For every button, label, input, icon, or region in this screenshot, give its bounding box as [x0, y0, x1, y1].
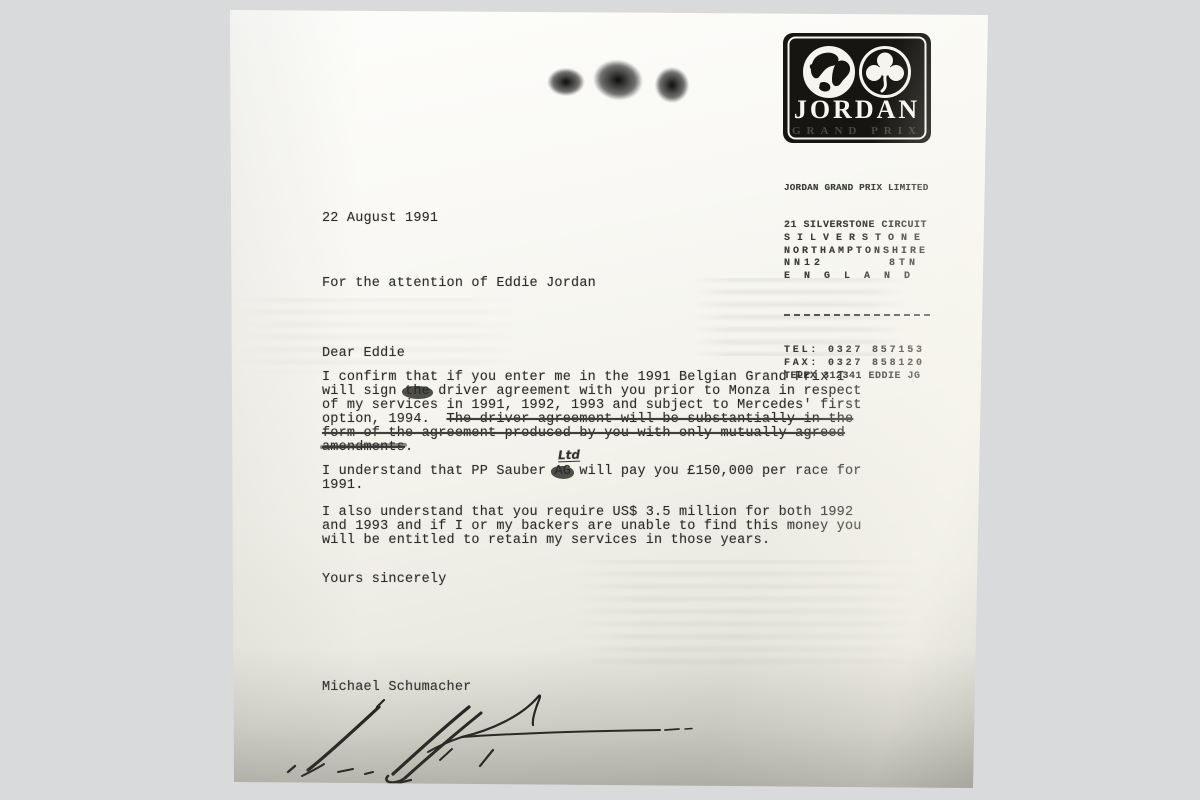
text-line: I confirm that if you enter me in the 19… [322, 371, 862, 385]
photo-of-letter: JORDAN GRAND PRIX JORDAN GRAND PRIX LIMI… [0, 0, 1200, 800]
text-line: will sign the driver agreement with you … [322, 385, 862, 399]
ink-smudge-stain [534, 52, 684, 114]
logo-tagline-text: GRAND PRIX [792, 125, 922, 137]
bleed-through-text [237, 298, 517, 374]
ink-blob [648, 60, 697, 110]
edited-text-segment: SILVERSTONE [784, 233, 927, 244]
globe-icon [802, 45, 856, 99]
edited-text-segment: The driver agreement will be substantial… [447, 412, 854, 427]
jordan-logo-graphic: JORDAN GRAND PRIX [782, 32, 932, 144]
salutation: Dear Eddie [322, 347, 405, 361]
text-segment: driver agreement with you prior to Monza… [430, 384, 862, 399]
text-segment: . [405, 440, 413, 455]
text-segment: I understand that PP Sauber [322, 464, 554, 479]
text-line: NORTHAMPTONSHIRE [784, 246, 934, 259]
edited-text-segment: TEL: 0327 857153 [784, 345, 925, 356]
text-segment: I also understand that you require US$ 3… [322, 505, 853, 520]
text-line: ENGLAND [784, 271, 934, 284]
paragraph-1: I confirm that if you enter me in the 19… [322, 371, 862, 455]
text-line: will be entitled to retain my services i… [322, 534, 862, 548]
annotated-segment: LtdAG [554, 464, 571, 479]
text-segment: will pay you £150,000 per race for [571, 464, 862, 479]
paragraph-3: I also understand that you require US$ 3… [322, 506, 862, 548]
text-line: option, 1994. The driver agreement will … [322, 413, 862, 427]
ink-blob [542, 64, 590, 100]
logo-brand-text: JORDAN [794, 95, 920, 124]
text-line: 21 SILVERSTONE CIRCUIT [784, 220, 934, 233]
text-segment: option, 1994. [322, 412, 447, 427]
text-line: of my services in 1991, 1992, 1993 and s… [322, 399, 862, 413]
schumacher-signature [280, 686, 710, 790]
letter-paper: JORDAN GRAND PRIX JORDAN GRAND PRIX LIMI… [222, 10, 988, 788]
text-segment: I confirm that if you enter me in the 19… [322, 370, 845, 385]
text-line: I understand that PP Sauber LtdAG will p… [322, 465, 862, 479]
jordan-logo: JORDAN GRAND PRIX [782, 32, 932, 149]
text-segment: of my services in 1991, 1992, 1993 and s… [322, 398, 862, 413]
address-lines: 21 SILVERSTONE CIRCUITSILVERSTONENORTHAM… [784, 220, 934, 284]
text-segment: and 1993 and if I or my backers are unab… [322, 519, 862, 534]
handwritten-annotation: Ltd [558, 449, 580, 463]
edited-text-segment: amendments [322, 440, 405, 455]
edited-text-segment: FAX: 0327 858120 [784, 358, 925, 369]
text-line: NN12 8TN [784, 258, 934, 271]
edited-text-segment: 21 SILVERSTONE CIRCUIT [784, 220, 927, 231]
edited-text-segment: form of the agreement produced by you wi… [322, 426, 845, 441]
shamrock-icon [858, 45, 912, 99]
text-segment: will be entitled to retain my services i… [322, 533, 770, 548]
text-line: form of the agreement produced by you wi… [322, 427, 862, 441]
text-line: amendments. [322, 441, 862, 455]
letter-date: 22 August 1991 [322, 212, 438, 226]
company-name: JORDAN GRAND PRIX LIMITED [784, 182, 934, 195]
text-line: and 1993 and if I or my backers are unab… [322, 520, 862, 534]
text-line: 1991. [322, 479, 862, 493]
paragraph-2: I understand that PP Sauber LtdAG will p… [322, 465, 862, 493]
address-divider [784, 314, 930, 316]
text-line: FAX: 0327 858120 [784, 358, 934, 371]
ink-blob [583, 50, 654, 110]
text-line: I also understand that you require US$ 3… [322, 506, 862, 520]
edited-text-segment: the [405, 384, 430, 399]
edited-text-segment: ENGLAND [784, 271, 924, 282]
text-segment: 1991. [322, 478, 364, 493]
edited-text-segment: AG [554, 464, 571, 479]
text-line: TEL: 0327 857153 [784, 345, 934, 358]
attention-line: For the attention of Eddie Jordan [322, 277, 596, 291]
bleed-through-text [572, 560, 922, 672]
closing-line: Yours sincerely [322, 573, 447, 587]
edited-text-segment: NORTHAMPTONSHIRE [784, 246, 928, 257]
text-segment: will sign [322, 384, 405, 399]
text-line: SILVERSTONE [784, 233, 934, 246]
edited-text-segment: NN12 8TN [784, 258, 919, 269]
